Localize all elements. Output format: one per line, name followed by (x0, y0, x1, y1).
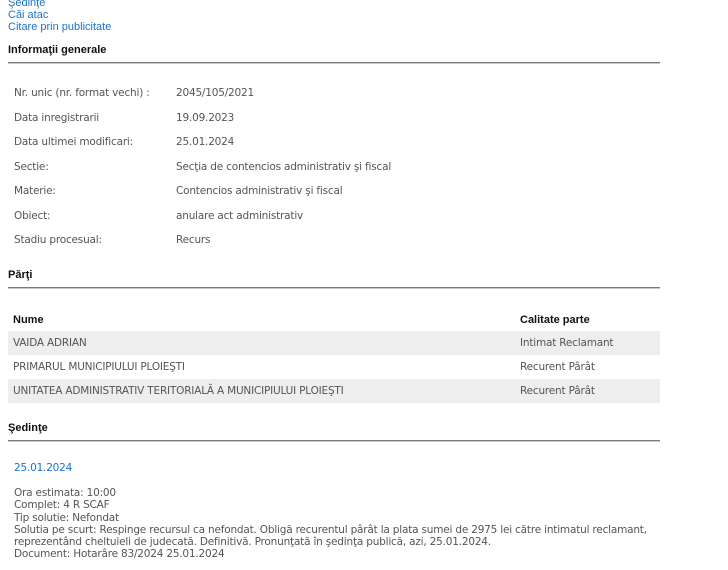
table-row: PRIMARUL MUNICIPIULUI PLOIEŞTI Recurent … (8, 355, 660, 379)
info-label-data-inregistrarii: Data inregistrarii (14, 112, 99, 125)
info-value-materie: Contencios administrativ şi fiscal (176, 185, 342, 198)
info-label-obiect: Obiect: (14, 210, 50, 223)
parties-table: Nume Calitate parte VAIDA ADRIAN Intimat… (8, 308, 660, 403)
hearing-solution-summary: Solutia pe scurt: Respinge recursul ca n… (14, 524, 647, 536)
parties-table-header: Nume Calitate parte (8, 308, 660, 331)
nav-link-sedinte[interactable]: Şedinţe (8, 0, 45, 9)
hearing-document: Document: Hotarâre 83/2024 25.01.2024 (14, 548, 647, 560)
info-value-nr-unic: 2045/105/2021 (176, 87, 254, 100)
hearing-date-link[interactable]: 25.01.2024 (14, 462, 72, 474)
table-row: VAIDA ADRIAN Intimat Reclamant (8, 331, 660, 355)
party-role: Intimat Reclamant (515, 331, 660, 355)
table-row: UNITATEA ADMINISTRATIV TERITORIALĂ A MUN… (8, 379, 660, 403)
info-label-stadiu-procesual: Stadiu procesual: (14, 234, 102, 247)
section-header-hearings: Şedinţe (8, 422, 660, 441)
hearing-panel: Complet: 4 R SCAF (14, 499, 647, 511)
column-header-role: Calitate parte (515, 308, 660, 331)
info-label-sectie: Sectie: (14, 161, 49, 174)
hearing-estimated-time: Ora estimata: 10:00 (14, 487, 647, 499)
info-value-data-inregistrarii: 19.09.2023 (176, 112, 234, 125)
info-label-nr-unic: Nr. unic (nr. format vechi) : (14, 87, 150, 100)
info-value-stadiu-procesual: Recurs (176, 234, 210, 247)
party-name: VAIDA ADRIAN (8, 331, 515, 355)
section-header-general-info: Informaţii generale (8, 44, 660, 63)
hearing-solution-type: Tip solutie: Nefondat (14, 512, 647, 524)
party-role: Recurent Pârât (515, 355, 660, 379)
party-name: UNITATEA ADMINISTRATIV TERITORIALĂ A MUN… (8, 379, 515, 403)
info-value-obiect: anulare act administrativ (176, 210, 303, 223)
info-label-materie: Materie: (14, 185, 56, 198)
nav-link-citare-prin-publicitate[interactable]: Citare prin publicitate (8, 21, 111, 33)
section-header-parties: Părţi (8, 269, 660, 288)
nav-link-cai-atac[interactable]: Căi atac (8, 9, 48, 21)
info-value-sectie: Secţia de contencios administrativ şi fi… (176, 161, 391, 174)
hearing-solution-summary-cont: reprezentând cheltuieli de judecată. Def… (14, 536, 647, 548)
info-label-data-ultimei-modificari: Data ultimei modificari: (14, 136, 133, 149)
column-header-name: Nume (8, 308, 515, 331)
party-name: PRIMARUL MUNICIPIULUI PLOIEŞTI (8, 355, 515, 379)
party-role: Recurent Pârât (515, 379, 660, 403)
hearing-details: Ora estimata: 10:00 Complet: 4 R SCAF Ti… (14, 487, 647, 561)
info-value-data-ultimei-modificari: 25.01.2024 (176, 136, 234, 149)
